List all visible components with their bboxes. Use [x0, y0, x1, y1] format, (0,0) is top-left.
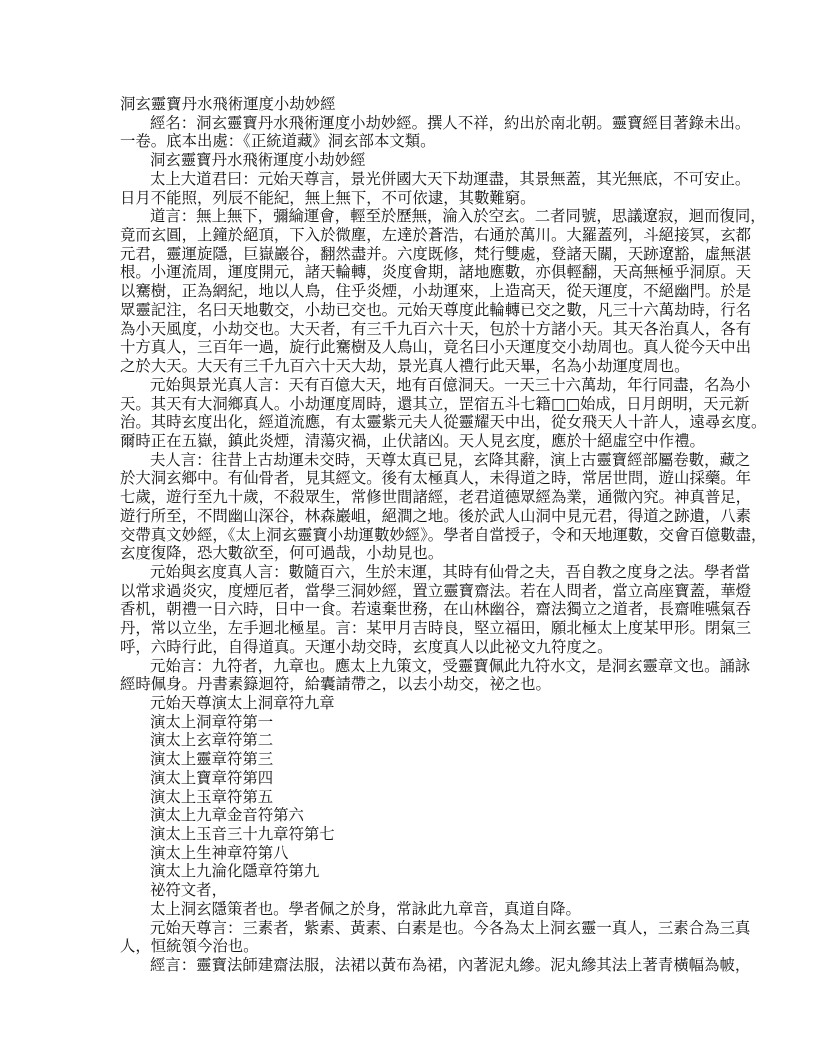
text-line: 經時佩身。丹書素籙迴符，給囊請帶之，以去小劫交，祕之也。 — [120, 675, 710, 694]
text-line: 以常求過炎灾，度煙厄者，當學三洞妙經，置立靈寶齋法。若在人問者，當立高座寶蓋，華… — [120, 582, 710, 601]
text-line: 道言：無上無下，彌綸運會，輕至於歷無，淪入於空玄。二者同號，思議遼寂，迴而復同， — [120, 207, 710, 226]
text-line: 於大洞玄鄉中。有仙骨者，見其經文。後有太極真人，未得道之時，常居世問，遊山採藥。… — [120, 469, 710, 488]
text-line: 人，恒統領今治也。 — [120, 937, 710, 956]
text-line: 元君，靈運旋隱，巨嶽巖谷，翻然盡并。六度既修，梵行雙處，登諸天關，天跡遼豁，虛無… — [120, 245, 710, 264]
text-line: 爾時正在五嶽，鎮此炎煙，清蕩灾禍，止伏諸凶。天人見玄度，應於十絕虛空中作禮。 — [120, 432, 710, 451]
text-line: 演太上九章金音符第六 — [120, 806, 710, 825]
document-title: 洞玄靈寶丹水飛術運度小劫妙經 — [120, 95, 710, 114]
text-line: 太上大道君曰：元始天尊言，景光併國大天下劫運盡，其景無蓋，其光無底，不可安止。 — [120, 170, 710, 189]
text-line: 演太上生神章符第八 — [120, 844, 710, 863]
text-line: 洞玄靈寶丹水飛術運度小劫妙經 — [120, 151, 710, 170]
text-line: 以騫樹，正為網紀，地以人鳥，住乎炎煙，小劫運來，上造高天，從天運度，不絕幽門。於… — [120, 282, 710, 301]
text-line: 交帶真文妙經，《太上洞玄靈寶小劫運數妙經》。學者自當授子，令和天地運數，交會百億… — [120, 526, 710, 545]
text-line: 七歲，遊行至九十歲，不殺眾生，常修世間諸經，老君道德眾經為業，通微內究。神真普足… — [120, 488, 710, 507]
text-line: 香机，朝禮一日六時，日中一食。若遠棄世務，在山林幽谷，齋法獨立之道者，長齋唯嚥氣… — [120, 600, 710, 619]
text-line: 經名：洞玄靈寶丹水飛術運度小劫妙經。撰人不祥，約出於南北朝。靈寶經目著錄未出。 — [120, 114, 710, 133]
text-line: 日月不能照，列辰不能紀，無上無下，不可依逮，其數難窮。 — [120, 189, 710, 208]
text-line: 祕符文者， — [120, 881, 710, 900]
text-line: 天。其天有大洞鄉真人。小劫運度周時，還其立，罡宿五斗七籍□□始成，日月朗明，天元… — [120, 395, 710, 414]
text-line: 呼，六時行此，自得道真。天運小劫交時，玄度真人以此祕文九符度之。 — [120, 638, 710, 657]
text-line: 治。其時玄度出化，經道流應，有太靈紫元夫人從靈耀天中出，從女飛天人十許人，遠尋玄… — [120, 413, 710, 432]
text-line: 演太上靈章符第三 — [120, 750, 710, 769]
document-page: 洞玄靈寶丹水飛術運度小劫妙經經名：洞玄靈寶丹水飛術運度小劫妙經。撰人不祥，約出於… — [120, 95, 710, 975]
text-line: 之於大天。大天有三千九百六十天大劫，景光真人禮行此天畢，名為小劫運度周也。 — [120, 357, 710, 376]
text-line: 演太上洞章符第一 — [120, 713, 710, 732]
text-line: 元始與景光真人言：天有百億大天，地有百億洞天。一天三十六萬劫，年行同盡，名為小 — [120, 376, 710, 395]
text-line: 元始天尊言：三素者，紫素、黃素、白素是也。今各為太上洞玄靈一真人，三素合為三真 — [120, 919, 710, 938]
text-line: 元始言：九符者，九章也。應太上九策文，受靈寶佩此九符水文，是洞玄靈章文也。誦詠 — [120, 657, 710, 676]
text-line: 演太上玉章符第五 — [120, 788, 710, 807]
text-line: 演太上九淪化隱章符第九 — [120, 862, 710, 881]
text-line: 十方真人，三百年一過，旋行此騫樹及人鳥山，竟名曰小天運度交小劫周也。真人從今天中… — [120, 338, 710, 357]
text-line: 演太上玉音三十九章符第七 — [120, 825, 710, 844]
text-line: 演太上玄章符第二 — [120, 731, 710, 750]
text-line: 經言：靈寶法師建齋法服，法裙以黃布為裙，內著泥丸縿。泥丸縿其法上著青橫幅為帔， — [120, 956, 710, 975]
text-line: 為小天風度，小劫交也。大天者，有三千九百六十天，包於十方諸小天。其天各治真人，各… — [120, 320, 710, 339]
text-line: 玄度復降，恐大數欲至，何可過哉，小劫見也。 — [120, 544, 710, 563]
text-line: 夫人言：往昔上古劫運未交時，天尊太真已見，玄降其辭，演上古靈寶經部屬卷數，藏之 — [120, 451, 710, 470]
text-line: 竟而玄圓，上鐘於絕頂，下入於微塵，左達於蒼浩，右通於萬川。大羅蓋列，斗絕接冥，玄… — [120, 226, 710, 245]
text-line: 元始與玄度真人言：數隨百六，生於末運，其時有仙骨之夫，吾自教之度身之法。學者當 — [120, 563, 710, 582]
text-line: 丹，常以立坐，左手迴北極星。言：某甲月吉時良，堅立福田，願北極太上度某甲形。閉氣… — [120, 619, 710, 638]
text-line: 一卷。底本出處：《正統道藏》洞玄部本文類。 — [120, 132, 710, 151]
text-line: 元始天尊演太上洞章符九章 — [120, 694, 710, 713]
text-line: 演太上寶章符第四 — [120, 769, 710, 788]
text-line: 眾靈記注，名曰天地數交，小劫已交也。元始天尊度此輪轉已交之數，凡三十六萬劫時，行… — [120, 301, 710, 320]
text-line: 遊行所至，不問幽山深谷，林森巖岨，絕澗之地。後於武人山洞中見元君，得道之跡遺，八… — [120, 507, 710, 526]
text-line: 根。小運流周，運度開元，諸天輪轉，炎度會期，諸地應數，亦俱輕翻，天高無極乎洞原。… — [120, 263, 710, 282]
text-line: 太上洞玄隱策者也。學者佩之於身，常詠此九章音，真道自降。 — [120, 900, 710, 919]
